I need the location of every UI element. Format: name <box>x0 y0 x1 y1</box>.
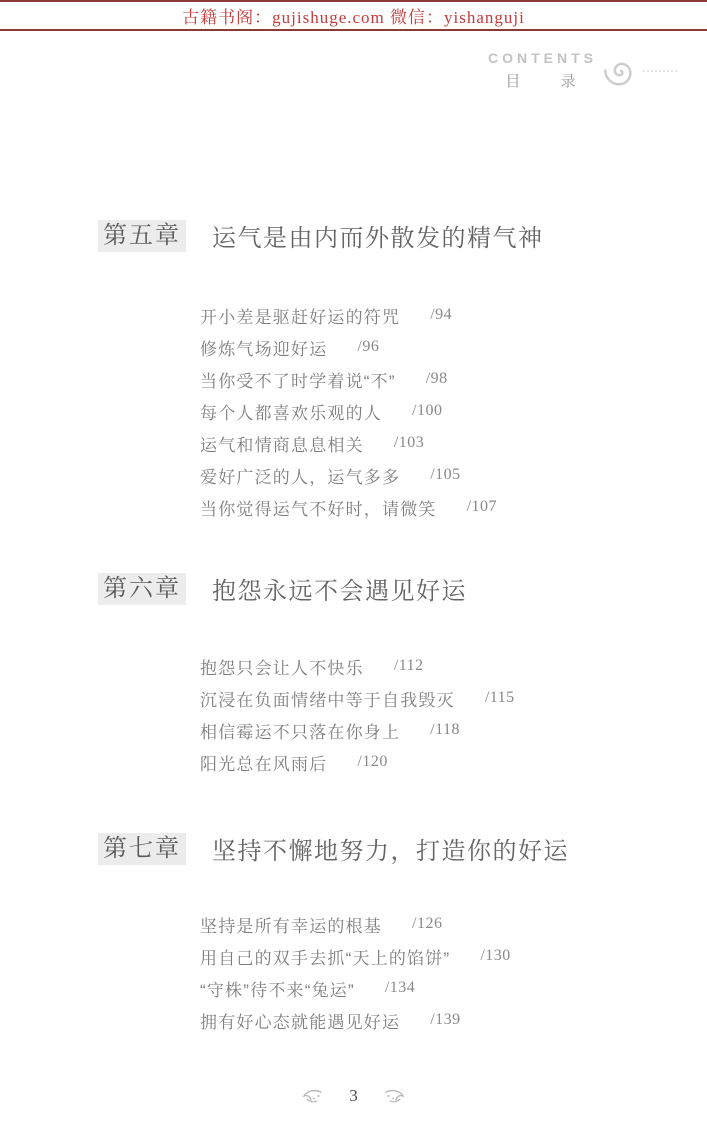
toc-entry-page: /130 <box>480 947 510 965</box>
toc-entry-page: /105 <box>430 466 460 484</box>
chapter-label: 第七章 <box>98 833 186 865</box>
toc-entry-page: /112 <box>394 657 424 675</box>
toc-entry-title: 每个人都喜欢乐观的人 <box>200 399 382 424</box>
toc-entry-page: /94 <box>430 306 452 324</box>
toc-entry: 开小差是驱赶好运的符咒 /94 <box>200 299 544 331</box>
toc-entry-title: 开小差是驱赶好运的符咒 <box>200 303 400 328</box>
dashed-line-decoration <box>643 70 677 72</box>
chapter-section-5: 第五章 运气是由内而外散发的精气神 开小差是驱赶好运的符咒 /94 修炼气场迎好… <box>98 218 544 523</box>
chapter-section-6: 第六章 抱怨永远不会遇见好运 抱怨只会让人不快乐 /112 沉浸在负面情绪中等于… <box>98 571 515 778</box>
toc-entry: 用自己的双手去抓“天上的馅饼” /130 <box>200 940 569 972</box>
toc-entry: 每个人都喜欢乐观的人 /100 <box>200 395 544 427</box>
toc-entry-title: 坚持是所有幸运的根基 <box>200 912 382 937</box>
chapter-entries: 坚持是所有幸运的根基 /126 用自己的双手去抓“天上的馅饼” /130 “守株… <box>200 908 569 1036</box>
toc-entry-page: /118 <box>430 721 460 739</box>
toc-page: 古籍书阁：gujishuge.com 微信：yishanguji CONTENT… <box>0 0 707 1128</box>
toc-entry-title: 当你受不了时学着说“不” <box>200 367 396 392</box>
page-number: 3 <box>349 1086 358 1106</box>
contents-title-zh: 目 录 <box>488 70 597 91</box>
toc-entry: 沉浸在负面情绪中等于自我毁灭 /115 <box>200 682 515 714</box>
toc-entry-title: “守株”待不来“兔运” <box>200 976 355 1001</box>
toc-entry-page: /134 <box>385 979 415 997</box>
toc-entry: 相信霉运不只落在你身上 /118 <box>200 714 515 746</box>
toc-entry-title: 沉浸在负面情绪中等于自我毁灭 <box>200 686 455 711</box>
chapter-title: 抱怨永远不会遇见好运 <box>212 571 467 606</box>
floral-flourish-right-icon <box>384 1087 406 1105</box>
toc-entry-page: /103 <box>394 434 424 452</box>
toc-entry: 运气和情商息息相关 /103 <box>200 427 544 459</box>
toc-entry-page: /100 <box>412 402 442 420</box>
contents-title-en: CONTENTS <box>488 50 597 66</box>
contents-titles: CONTENTS 目 录 <box>488 50 597 91</box>
watermark-text: 古籍书阁：gujishuge.com 微信：yishanguji <box>0 3 707 28</box>
chapter-title: 运气是由内而外散发的精气神 <box>212 218 544 253</box>
toc-entry-title: 修炼气场迎好运 <box>200 335 327 360</box>
contents-decoration <box>603 52 677 90</box>
toc-entry-title: 用自己的双手去抓“天上的馅饼” <box>200 944 450 969</box>
toc-entry: “守株”待不来“兔运” /134 <box>200 972 569 1004</box>
toc-entry: 阳光总在风雨后 /120 <box>200 746 515 778</box>
header-rule-bottom <box>0 29 707 31</box>
toc-entry-page: /115 <box>485 689 515 707</box>
toc-entry-title: 拥有好心态就能遇见好运 <box>200 1008 400 1033</box>
toc-entry-page: /126 <box>412 915 442 933</box>
chapter-heading: 第六章 抱怨永远不会遇见好运 <box>98 571 515 606</box>
chapter-entries: 抱怨只会让人不快乐 /112 沉浸在负面情绪中等于自我毁灭 /115 相信霉运不… <box>200 650 515 778</box>
toc-entry-title: 爱好广泛的人，运气多多 <box>200 463 400 488</box>
chapter-entries: 开小差是驱赶好运的符咒 /94 修炼气场迎好运 /96 当你受不了时学着说“不”… <box>200 299 544 523</box>
toc-entry-title: 抱怨只会让人不快乐 <box>200 654 364 679</box>
toc-entry: 拥有好心态就能遇见好运 /139 <box>200 1004 569 1036</box>
toc-entry: 坚持是所有幸运的根基 /126 <box>200 908 569 940</box>
chapter-section-7: 第七章 坚持不懈地努力，打造你的好运 坚持是所有幸运的根基 /126 用自己的双… <box>98 831 569 1036</box>
toc-entry-page: /107 <box>467 498 497 516</box>
chapter-label: 第五章 <box>98 220 186 252</box>
toc-entry: 修炼气场迎好运 /96 <box>200 331 544 363</box>
toc-entry-title: 相信霉运不只落在你身上 <box>200 718 400 743</box>
toc-entry-page: /98 <box>426 370 448 388</box>
toc-entry-page: /120 <box>357 753 387 771</box>
chapter-title: 坚持不懈地努力，打造你的好运 <box>212 831 569 866</box>
contents-header: CONTENTS 目 录 <box>488 50 677 91</box>
toc-entry: 当你受不了时学着说“不” /98 <box>200 363 544 395</box>
toc-entry-page: /96 <box>357 338 379 356</box>
floral-flourish-left-icon <box>301 1087 323 1105</box>
toc-entry: 抱怨只会让人不快乐 /112 <box>200 650 515 682</box>
toc-entry-title: 运气和情商息息相关 <box>200 431 364 456</box>
page-footer: 3 <box>0 1086 707 1106</box>
chapter-heading: 第五章 运气是由内而外散发的精气神 <box>98 218 544 253</box>
chapter-label: 第六章 <box>98 573 186 605</box>
toc-entry: 爱好广泛的人，运气多多 /105 <box>200 459 544 491</box>
spiral-swirl-icon <box>603 52 639 90</box>
header-rule-top <box>0 0 707 2</box>
toc-entry-page: /139 <box>430 1011 460 1029</box>
toc-entry: 当你觉得运气不好时，请微笑 /107 <box>200 491 544 523</box>
toc-entry-title: 当你觉得运气不好时，请微笑 <box>200 495 437 520</box>
chapter-heading: 第七章 坚持不懈地努力，打造你的好运 <box>98 831 569 866</box>
toc-entry-title: 阳光总在风雨后 <box>200 750 327 775</box>
